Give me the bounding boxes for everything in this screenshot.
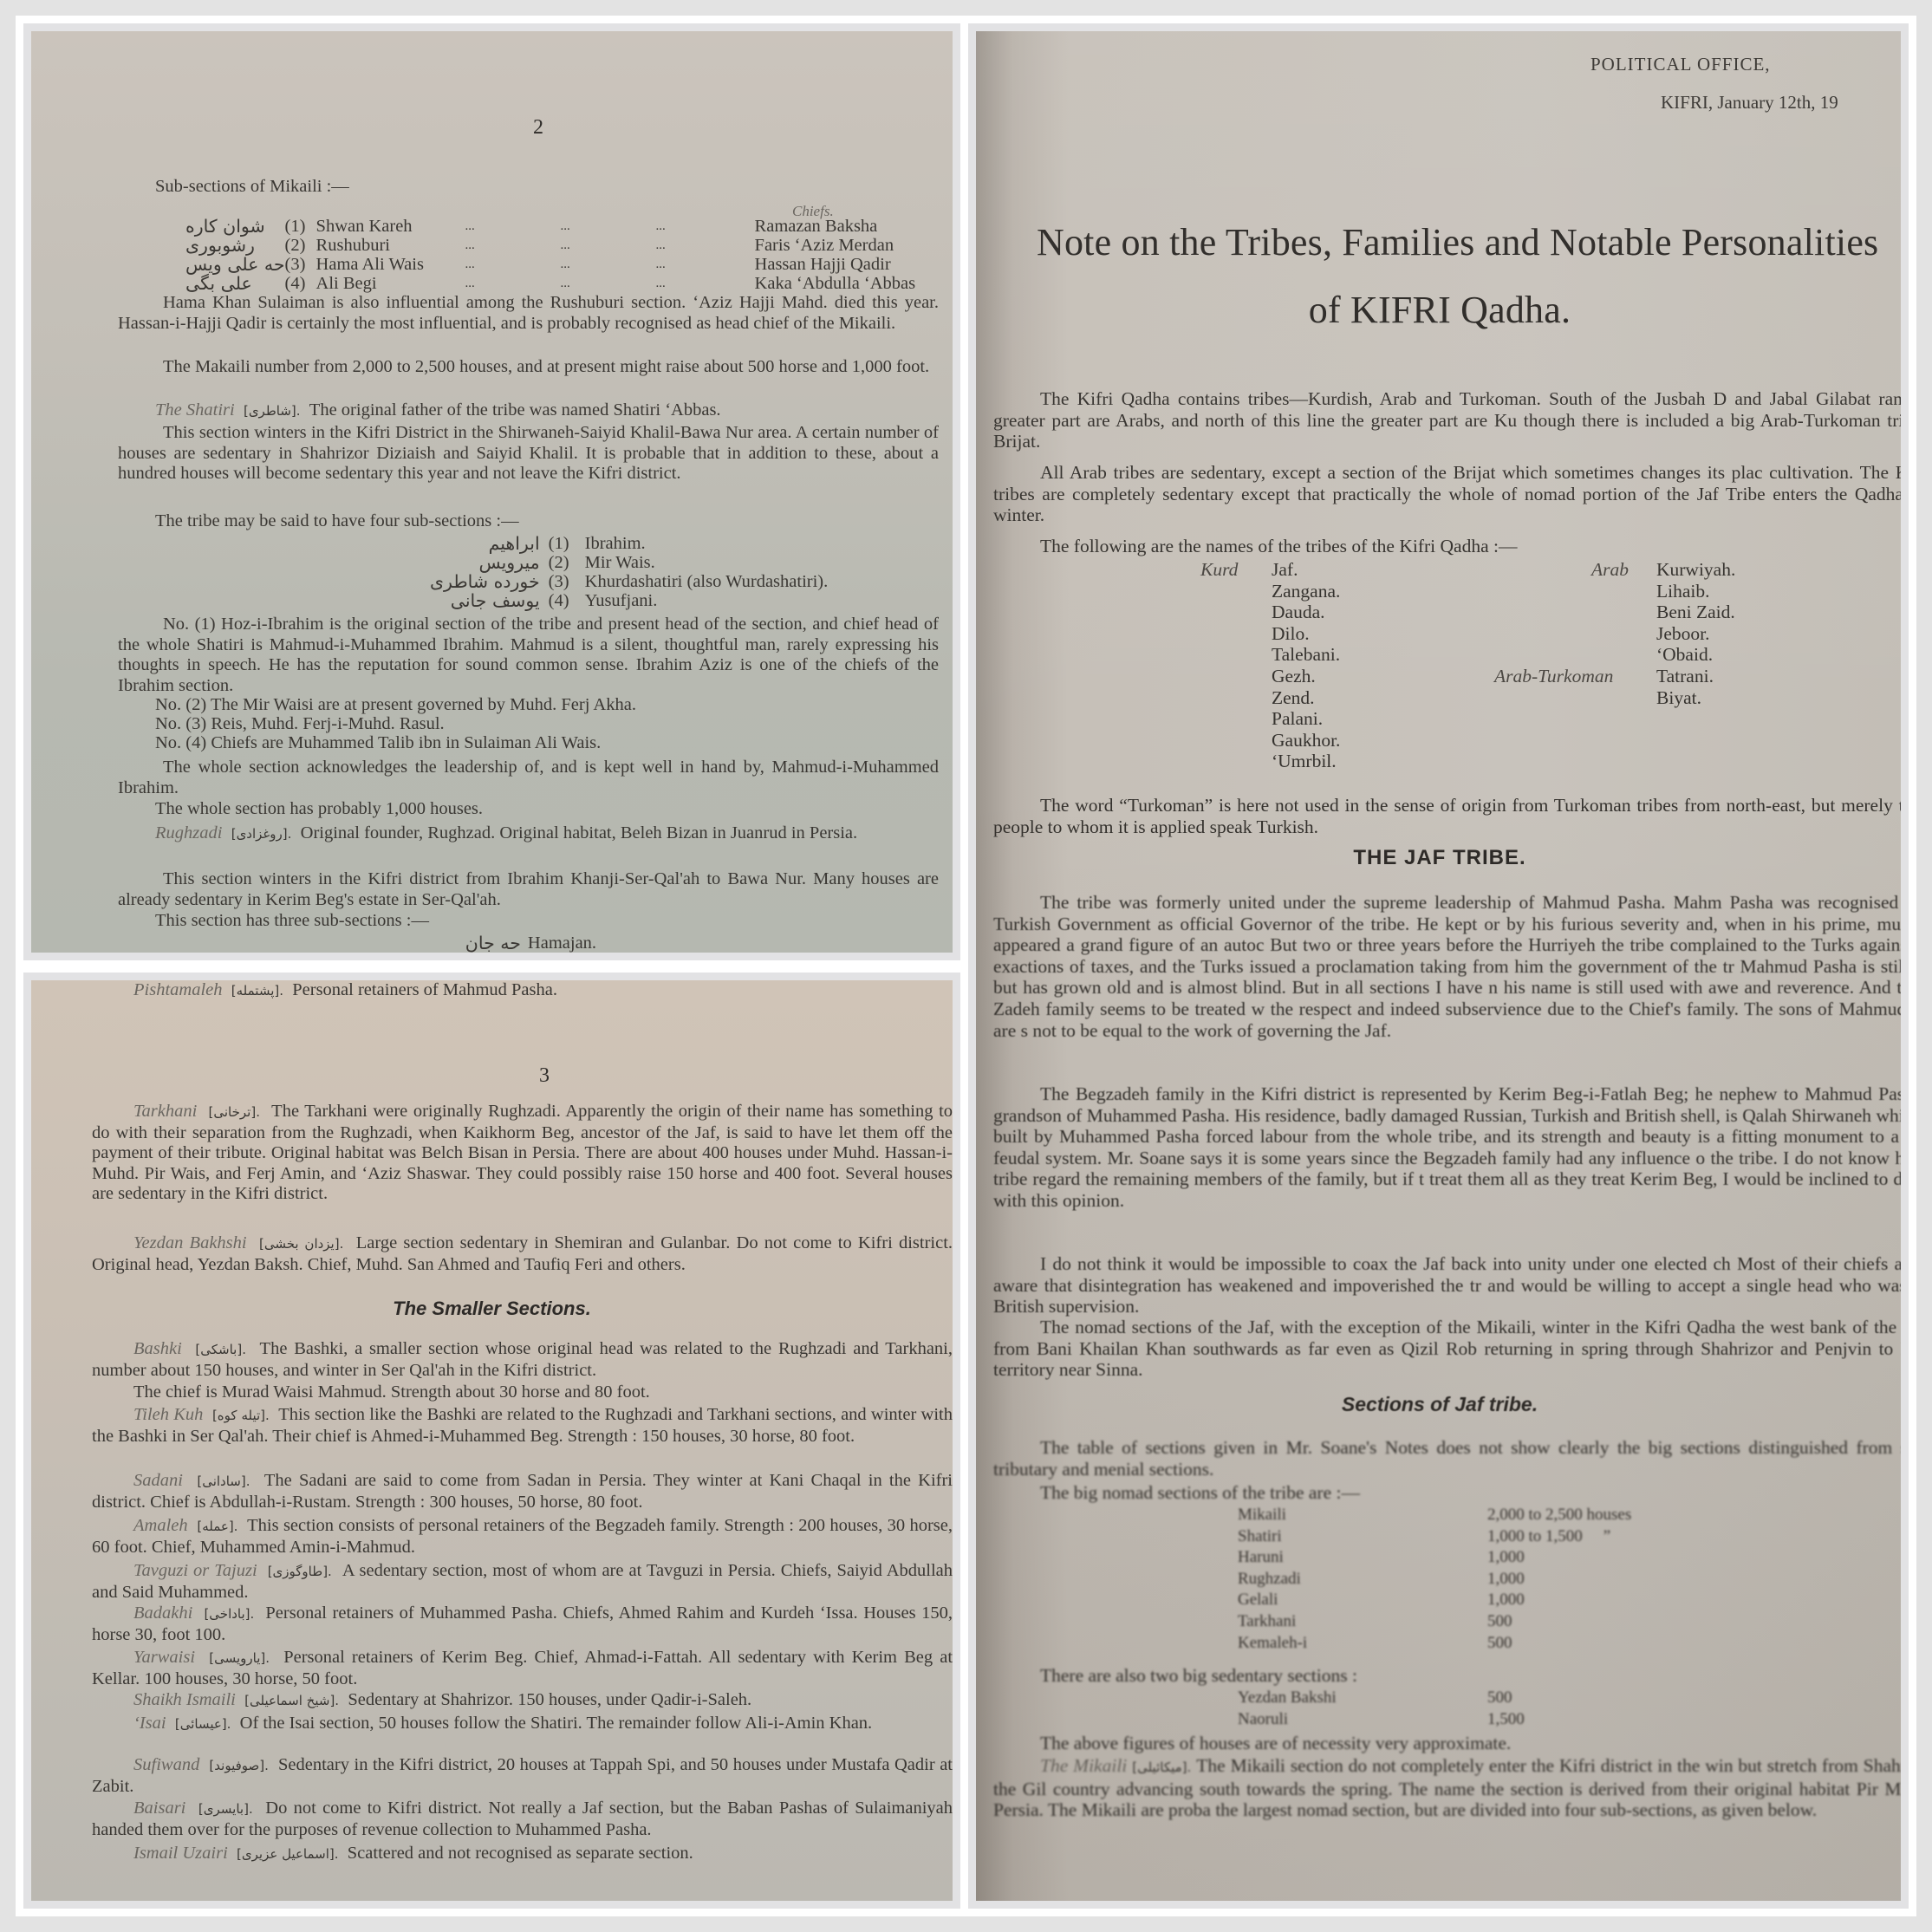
dot-leader: ... [561, 255, 656, 274]
section-figure-row: Tarkhani500 [1238, 1611, 1631, 1633]
subsection-arabic: ابراهیم [430, 534, 549, 553]
section-name: Tarkhani [1238, 1611, 1487, 1633]
subsection-row: خورده شاطری(3)Khurdashatiri (also Wurdas… [430, 572, 828, 591]
entry-label: Yarwaisi [133, 1648, 195, 1667]
subsection-name: Ali Begi [316, 274, 465, 293]
tribe-name: Tatrani. [1656, 666, 1714, 687]
tribe-name: Dilo. [1272, 623, 1340, 645]
mikaili-entry: The Mikaili [میکائیلی]. The Mikaili sect… [993, 1755, 1901, 1821]
entry-label: Ismail Uzairi [133, 1844, 228, 1863]
entry-label: Tavguzi or Tajuzi [133, 1561, 257, 1580]
tribe-name: Palani. [1272, 708, 1340, 730]
rughzadi-subsections-table: حه جانHamajan.اسماعیلIsma'il.روغزادیRugh… [456, 933, 601, 953]
entry-label: Tileh Kuh [133, 1405, 203, 1424]
dot-leader: ... [656, 274, 751, 293]
section-figure-row: Kemaleh-i500 [1238, 1633, 1631, 1655]
section-entry: Sufiwand [صوفیوند]. Sedentary in the Kif… [92, 1755, 953, 1797]
entry-label: Badakhi [133, 1603, 192, 1623]
mikaili-label: The Mikaili [1040, 1755, 1127, 1776]
section-entry: Bashki [باشکی]. The Bashki, a smaller se… [92, 1339, 953, 1381]
rughzadi-arabic: [روغزادی]. [231, 826, 292, 842]
section-name: Naoruli [1238, 1709, 1487, 1731]
subsection-arabic: حه علی ویس [185, 255, 285, 274]
section-entry: ‘Isai [عیسائی]. Of the Isai section, 50 … [92, 1714, 953, 1735]
subsection-name: Ibrahim. [585, 534, 829, 553]
section-entry: Badakhi [باداخی]. Personal retainers of … [92, 1603, 953, 1645]
subsection-number: (1) [549, 534, 585, 553]
tribe-name: ‘Umrbil. [1272, 751, 1340, 772]
entry-arabic: [عیسائی]. [175, 1716, 231, 1732]
entry-text: Sedentary at Shahrizor. 150 houses, unde… [348, 1690, 751, 1709]
section-name: Yezdan Bakshi [1238, 1688, 1487, 1709]
subsection-arabic: حه جان [456, 933, 528, 953]
arab-turkoman-label: Arab-Turkoman [1494, 666, 1613, 687]
subsection-arabic: خورده شاطری [430, 572, 549, 591]
line-no2: No. (2) The Mir Waisi are at present gov… [155, 695, 636, 716]
dot-leader: ... [465, 236, 561, 255]
subsection-row: میرویس(2)Mir Wais. [430, 553, 828, 572]
entry-label: Shaikh Ismaili [133, 1690, 236, 1709]
entry-text: Scattered and not recognised as separate… [348, 1844, 693, 1863]
subsection-arabic: رشوبوری [185, 236, 285, 255]
kurd-label: Kurd [1200, 559, 1238, 581]
sections-heading: Sections of Jaf tribe. [976, 1393, 1901, 1416]
shatiri-subsections-table: ابراهیم(1)Ibrahim.میرویس(2)Mir Wais.خورد… [430, 534, 828, 610]
tribe-name: Zend. [1272, 687, 1340, 709]
entry-label: Amaleh [133, 1516, 188, 1535]
title-line-2: of KIFRI Qadha. [976, 288, 1901, 332]
office-line: POLITICAL OFFICE, [1590, 54, 1771, 75]
subsection-number: (4) [285, 274, 316, 293]
title-page-photo: POLITICAL OFFICE, KIFRI, January 12th, 1… [968, 23, 1909, 1909]
tribe-name: Gaukhor. [1272, 730, 1340, 751]
smaller-sections-heading: The Smaller Sections. [31, 1298, 953, 1320]
para-rughzadi-winters: This section winters in the Kifri distri… [118, 869, 939, 910]
subsection-row: علی بگی(4)Ali Begi.........Kaka ‘Abdulla… [185, 274, 915, 293]
sedentary-sections-table: Yezdan Bakshi500Naoruli1,500 [1238, 1688, 1525, 1730]
subsection-number: (2) [549, 553, 585, 572]
arab-label: Arab [1591, 559, 1629, 581]
dot-leader: ... [656, 236, 751, 255]
page-number: 2 [533, 116, 543, 140]
nomad-sections-table: Mikaili2,000 to 2,500 housesShatiri1,000… [1238, 1505, 1631, 1654]
para-intro: The Kifri Qadha contains tribes—Kurdish,… [993, 388, 1901, 452]
line-no4: No. (4) Chiefs are Muhammed Talib ibn in… [155, 733, 601, 754]
tribe-name: Biyat. [1656, 687, 1714, 709]
para-jaf-3: I do not think it would be impossible to… [993, 1253, 1901, 1317]
entry-arabic: [پشتمله]. [231, 983, 283, 999]
tribe-name: Beni Zaid. [1656, 602, 1735, 623]
subsection-name: Shwan Kareh [316, 217, 465, 236]
section-entry: Shaikh Ismaili [شیخ اسماعیلی]. Sedentary… [92, 1690, 953, 1712]
section-entry: Ismail Uzairi [اسماعیل عزیری]. Scattered… [92, 1844, 953, 1865]
mikaili-text: The Mikaili section do not completely en… [993, 1755, 1901, 1820]
section-entry: Baisari [بایسری]. Do not come to Kifri d… [92, 1799, 953, 1840]
mikaili-subsections-table: شوان کاره(1)Shwan Kareh.........Ramazan … [185, 217, 915, 293]
section-houses: 1,500 [1487, 1709, 1525, 1731]
para-hama-khan: Hama Khan Sulaiman is also influential a… [118, 293, 939, 334]
para-shatiri-winters: This section winters in the Kifri Distri… [118, 423, 939, 485]
section-entry: Sadani [سادانی]. The Sadani are said to … [92, 1471, 953, 1512]
para-no1: No. (1) Hoz-i-Ibrahim is the original se… [118, 615, 939, 696]
page-3-paper: 3 Tarkhani [ترخانی]. The Tarkhani were o… [31, 980, 953, 1901]
subsection-number: (1) [285, 217, 316, 236]
page-number: 3 [539, 1064, 550, 1088]
entry-text: The chief is Murad Waisi Mahmud. Strengt… [133, 1382, 650, 1402]
line-no3: No. (3) Reis, Muhd. Ferj-i-Muhd. Rasul. [155, 714, 445, 735]
subsection-number: (4) [549, 591, 585, 610]
section-entry: Tavguzi or Tajuzi [طاوگوزی]. A sedentary… [92, 1561, 953, 1603]
section-name: Gelali [1238, 1590, 1487, 1611]
section-figure-row: Naoruli1,500 [1238, 1709, 1525, 1731]
para-turkoman: The word “Turkoman” is here not used in … [993, 795, 1901, 837]
section-figure-row: Haruni1,000 [1238, 1547, 1631, 1569]
subsection-name: Hamajan. [528, 933, 601, 953]
entry-arabic: [باشکی]. [195, 1342, 246, 1357]
dot-leader: ... [465, 217, 561, 236]
rughzadi-label: Rughzadi [155, 823, 222, 842]
date-line: KIFRI, January 12th, 19 [1661, 92, 1838, 114]
page-2-paper: 2 Sub-sections of Mikaili :— Chiefs. شوا… [31, 31, 953, 953]
para-whole-section: The whole section acknowledges the leade… [118, 758, 939, 798]
section-houses: 500 [1487, 1633, 1512, 1655]
subsection-chief: Kaka ‘Abdulla ‘Abbas [751, 274, 916, 293]
subsection-name: Yusufjani. [585, 591, 829, 610]
nomad-intro: The big nomad sections of the tribe are … [1040, 1482, 1360, 1504]
entry-arabic: [باداخی]. [204, 1606, 254, 1622]
subsection-name: Mir Wais. [585, 553, 829, 572]
entry-label: Baisari [133, 1799, 185, 1818]
section-name: Mikaili [1238, 1505, 1487, 1526]
subsection-row: حه علی ویس(3)Hama Ali Wais.........Hassa… [185, 255, 915, 274]
arab-turkoman-tribe-list: Tatrani.Biyat. [1656, 666, 1714, 708]
subsection-number: (3) [549, 572, 585, 591]
entry-arabic: [عمله]. [197, 1519, 237, 1534]
section-figure-row: Mikaili2,000 to 2,500 houses [1238, 1505, 1631, 1526]
subsection-chief: Faris ‘Aziz Merdan [751, 236, 916, 255]
dot-leader: ... [465, 274, 561, 293]
section-figure-row: Yezdan Bakshi500 [1238, 1688, 1525, 1709]
subsection-name: Khurdashatiri (also Wurdashatiri). [585, 572, 829, 591]
four-subsections-intro: The tribe may be said to have four sub-s… [155, 511, 519, 532]
shatiri-arabic: [شاطری]. [244, 403, 301, 419]
entry-arabic: [بایسری]. [198, 1801, 253, 1817]
section-entry: Pishtamaleh [پشتمله]. Personal retainers… [92, 980, 953, 1002]
tribe-name: Gezh. [1272, 666, 1340, 687]
subsection-chief: Ramazan Baksha [751, 217, 916, 236]
section-figure-row: Shatiri1,000 to 1,500” [1238, 1526, 1631, 1548]
entry-label: Tarkhani [133, 1102, 197, 1121]
shatiri-label: The Shatiri [155, 400, 235, 420]
entry-label: ‘Isai [133, 1714, 166, 1733]
subsection-chief: Hassan Hajji Qadir [751, 255, 916, 274]
line-houses: The whole section has probably 1,000 hou… [155, 799, 483, 820]
para-jaf-4: The nomad sections of the Jaf, with the … [993, 1317, 1901, 1381]
section-houses: 500 [1487, 1611, 1512, 1633]
section-name: Shatiri [1238, 1526, 1487, 1548]
subsection-arabic: شوان کاره [185, 217, 285, 236]
tribes-intro: The following are the names of the tribe… [1040, 536, 1517, 557]
section-figure-row: Gelali1,000 [1238, 1590, 1631, 1611]
dot-leader: ... [561, 274, 656, 293]
subsection-row: یوسف جانی(4)Yusufjani. [430, 591, 828, 610]
subsection-row: حه جانHamajan. [456, 933, 601, 953]
jaf-tribe-heading: THE JAF TRIBE. [976, 846, 1901, 870]
entry-arabic: [طاوگوزی]. [268, 1564, 332, 1579]
para-makaili-number: The Makaili number from 2,000 to 2,500 h… [118, 357, 939, 378]
dot-leader: ... [656, 217, 751, 236]
tribe-name: ‘Obaid. [1656, 644, 1735, 666]
section-name: Haruni [1238, 1547, 1487, 1569]
section-entry: The chief is Murad Waisi Mahmud. Strengt… [92, 1382, 953, 1403]
section-entry: Tarkhani [ترخانی]. The Tarkhani were ori… [92, 1102, 953, 1205]
arab-tribe-list: Kurwiyah.Lihaib.Beni Zaid.Jeboor.‘Obaid. [1656, 559, 1735, 666]
tribe-name: Zangana. [1272, 581, 1340, 602]
tribe-name: Lihaib. [1656, 581, 1735, 602]
entry-label: Sufiwand [133, 1755, 199, 1774]
rughzadi-text: Original founder, Rughzad. Original habi… [301, 823, 858, 842]
section-houses: 1,000 [1487, 1547, 1525, 1569]
entry-arabic: [ترخانی]. [209, 1104, 260, 1120]
section-houses: 1,000 to 1,500 [1487, 1526, 1583, 1548]
subsection-arabic: علی بگی [185, 274, 285, 293]
entry-text: Personal retainers of Mahmud Pasha. [292, 980, 557, 999]
entry-text: Of the Isai section, 50 houses follow th… [240, 1714, 873, 1733]
section-name: Rughzadi [1238, 1569, 1487, 1590]
page-2-photo: 2 Sub-sections of Mikaili :— Chiefs. شوا… [23, 23, 960, 960]
subsection-name: Rushuburi [316, 236, 465, 255]
title-line-1: Note on the Tribes, Families and Notable… [1037, 220, 1878, 264]
shatiri-entry: The Shatiri [شاطری]. The original father… [155, 400, 721, 422]
sedentary-intro: There are also two big sedentary section… [1040, 1665, 1357, 1687]
subsections-intro: Sub-sections of Mikaili :— [155, 177, 349, 198]
section-houses: 1,000 [1487, 1569, 1525, 1590]
tribe-name: Kurwiyah. [1656, 559, 1735, 581]
section-entry: Yarwaisi [یارویسی]. Personal retainers o… [92, 1648, 953, 1689]
kurd-tribe-list: Jaf.Zangana.Dauda.Dilo.Talebani.Gezh.Zen… [1272, 559, 1340, 772]
subsection-number: (3) [285, 255, 316, 274]
tribe-name: Talebani. [1272, 644, 1340, 666]
mikaili-arabic: [میکائیلی]. [1132, 1760, 1191, 1775]
para-jaf-1: The tribe was formerly united under the … [993, 892, 1901, 1041]
entry-arabic: [یزدان بخشی]. [259, 1236, 343, 1252]
entry-label: Yezdan Bakhshi [133, 1233, 247, 1252]
entry-label: Sadani [133, 1471, 183, 1490]
dot-leader: ... [561, 217, 656, 236]
dot-leader: ... [656, 255, 751, 274]
subsection-row: رشوبوری(2)Rushuburi.........Faris ‘Aziz … [185, 236, 915, 255]
tribe-name: Jaf. [1272, 559, 1340, 581]
entry-arabic: [یارویسی]. [209, 1650, 270, 1666]
subsection-row: ابراهیم(1)Ibrahim. [430, 534, 828, 553]
tribe-name: Jeboor. [1656, 623, 1735, 645]
ditto-mark: ” [1603, 1526, 1610, 1548]
para-jaf-2: The Begzadeh family in the Kifri distric… [993, 1083, 1901, 1212]
subsection-arabic: میرویس [430, 553, 549, 572]
section-houses: 2,000 to 2,500 houses [1487, 1505, 1631, 1526]
page-3-photo: 3 Tarkhani [ترخانی]. The Tarkhani were o… [23, 973, 960, 1909]
entry-arabic: [شیخ اسماعیلی]. [244, 1693, 339, 1708]
section-figure-row: Rughzadi1,000 [1238, 1569, 1631, 1590]
section-entry: Amaleh [عمله]. This section consists of … [92, 1516, 953, 1558]
subsection-name: Hama Ali Wais [316, 255, 465, 274]
shatiri-text: The original father of the tribe was nam… [309, 400, 721, 420]
entry-arabic: [اسماعیل عزیری]. [237, 1846, 339, 1862]
title-page-paper: POLITICAL OFFICE, KIFRI, January 12th, 1… [976, 31, 1901, 1901]
section-name: Kemaleh-i [1238, 1633, 1487, 1655]
subsection-row: شوان کاره(1)Shwan Kareh.........Ramazan … [185, 217, 915, 236]
approx-note: The above figures of houses are of neces… [1040, 1733, 1511, 1754]
entry-arabic: [تیله کوه]. [212, 1408, 270, 1423]
subsection-arabic: یوسف جانی [430, 591, 549, 610]
dot-leader: ... [561, 236, 656, 255]
section-entry: Tileh Kuh [تیله کوه]. This section like … [92, 1405, 953, 1447]
section-houses: 1,000 [1487, 1590, 1525, 1611]
three-subsections-intro: This section has three sub-sections :— [155, 911, 429, 932]
subsection-number: (2) [285, 236, 316, 255]
para-arab: All Arab tribes are sedentary, except a … [993, 462, 1901, 526]
section-entry: Yezdan Bakhshi [یزدان بخشی]. Large secti… [92, 1233, 953, 1275]
para-table-note: The table of sections given in Mr. Soane… [993, 1437, 1901, 1480]
rughzadi-entry: Rughzadi [روغزادی]. Original founder, Ru… [118, 823, 939, 845]
entry-arabic: [صوفیوند]. [209, 1758, 268, 1773]
tribe-name: Dauda. [1272, 602, 1340, 623]
dot-leader: ... [465, 255, 561, 274]
section-houses: 500 [1487, 1688, 1512, 1709]
entry-arabic: [سادانی]. [197, 1473, 250, 1489]
entry-label: Bashki [133, 1339, 182, 1358]
entry-label: Pishtamaleh [133, 980, 223, 999]
